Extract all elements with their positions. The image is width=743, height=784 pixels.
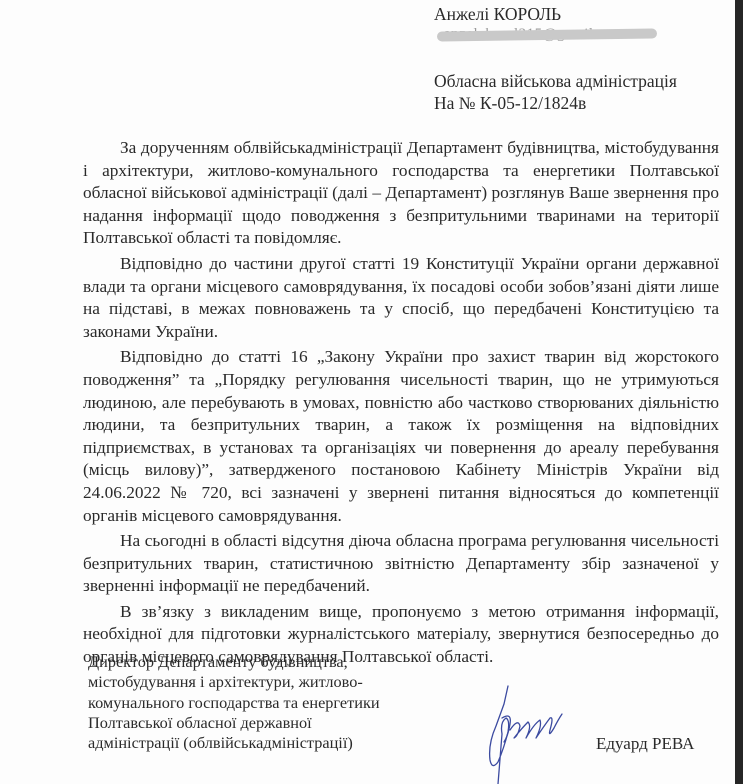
- signer-title-line: Директор Департаменту будівництва,: [88, 652, 380, 672]
- paragraph: Відповідно до частини другої статті 19 К…: [83, 253, 719, 343]
- handwritten-signature-icon: [478, 682, 578, 784]
- reference-number: На № К-05-12/1824в: [434, 92, 677, 114]
- scan-edge-border: [735, 0, 743, 784]
- paragraph: Відповідно до статті 16 „Закону України …: [83, 346, 719, 527]
- letter-page: Анжелі КОРОЛЬ anzelakoral215@gmail.com О…: [0, 0, 743, 784]
- addressee-block: Анжелі КОРОЛЬ anzelakoral215@gmail.com: [434, 3, 561, 45]
- signer-title-line: адміністрації (облвійськадміністрації): [88, 733, 380, 753]
- addressee-email: anzelakoral215@gmail.com: [434, 25, 561, 45]
- recipient-block: Обласна військова адміністрація На № К-0…: [434, 70, 677, 114]
- paragraph: За дорученням облвійськадміністрації Деп…: [83, 137, 719, 250]
- addressee-name: Анжелі КОРОЛЬ: [434, 3, 561, 25]
- signer-name: Едуард РЕВА: [596, 734, 694, 754]
- signature-title-block: Директор Департаменту будівництва, місто…: [88, 652, 380, 753]
- paragraph: На сьогодні в області відсутня діюча обл…: [83, 530, 719, 598]
- letter-body: За дорученням облвійськадміністрації Деп…: [83, 137, 719, 672]
- recipient-organization: Обласна військова адміністрація: [434, 70, 677, 92]
- signer-title-line: комунального господарства та енергетики: [88, 693, 380, 713]
- signer-title-line: Полтавської обласної державної: [88, 713, 380, 733]
- signer-title-line: містобудування і архітектури, житлово-: [88, 672, 380, 692]
